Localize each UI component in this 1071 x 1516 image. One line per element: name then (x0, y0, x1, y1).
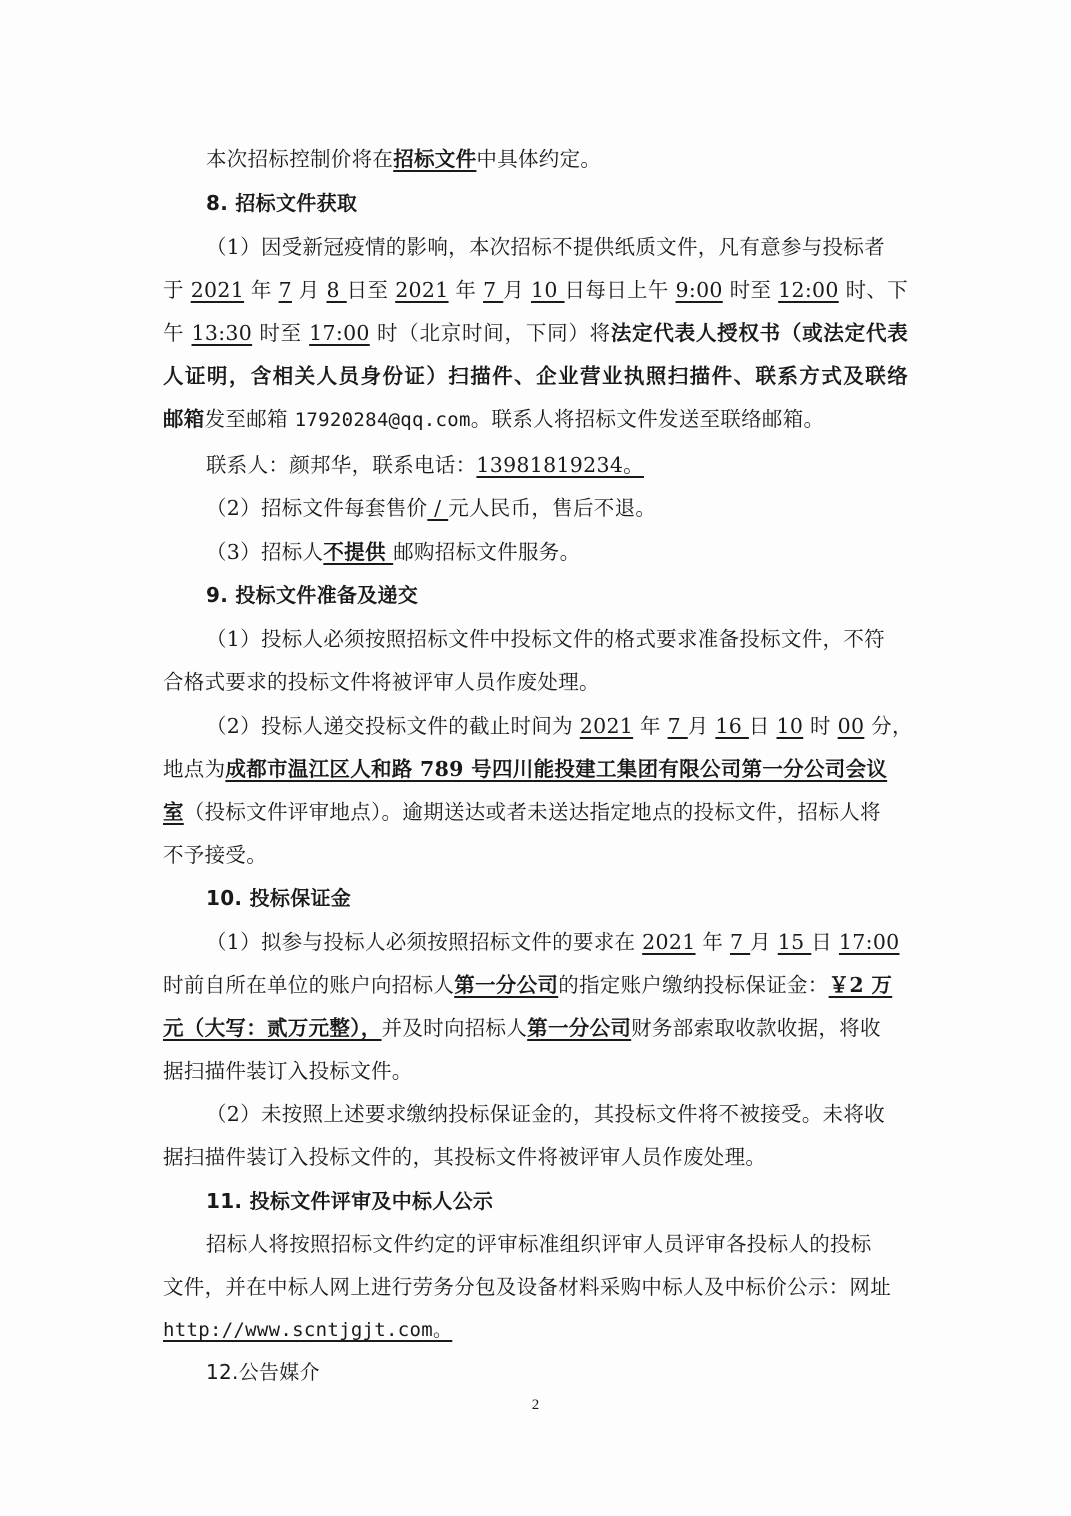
text: 发至邮箱 (205, 407, 295, 431)
text: 月 (750, 930, 778, 954)
text: 年 (244, 278, 279, 302)
section-8-p1-line4: 人证明，含相关人员身份证）扫描件、企业营业执照扫描件、联系方式及联络 (163, 361, 908, 391)
section-10-p1-line2: 时前自所在单位的账户向招标人第一分公司的指定账户缴纳投标保证金：￥2 万 (163, 970, 908, 1000)
deadline-minute: 00 (838, 714, 865, 738)
deadline-year: 2021 (580, 714, 633, 738)
section-9-heading: 9. 投标文件准备及递交 (206, 580, 951, 610)
section-12-heading: 12.公告媒介 (206, 1357, 951, 1387)
text: 时、下 (839, 278, 908, 302)
deposit-amount-words: 元（大写：贰万元整）， (163, 1016, 382, 1040)
required-docs-end: 邮箱 (163, 407, 205, 431)
text: 年 (696, 930, 730, 954)
text: 地点为 (163, 757, 225, 781)
text: 年 (633, 714, 667, 738)
section-9-p2-line3: 室（投标文件评审地点）。逾期送达或者未送达指定地点的投标文件，招标人将 (163, 797, 908, 827)
section-10-p1-line3: 元（大写：贰万元整），并及时向招标人第一分公司财务部索取收款收据，将收 (163, 1013, 908, 1043)
start-year: 2021 (191, 278, 244, 302)
section-10-p1-line4: 据扫描件装订入投标文件。 (163, 1056, 908, 1086)
deposit-year: 2021 (642, 930, 695, 954)
text: 邮购招标文件服务。 (393, 540, 580, 564)
section-11-p1-line2: 文件，并在中标人网上进行劳务分包及设备材料采购中标人及中标价公示：网址 (163, 1272, 908, 1302)
branch-company: 第一分公司 (454, 973, 558, 997)
section-8-p1-line2: 于 2021 年 7 月 8 日至 2021 年 7 月 10 日每日上午 9:… (163, 275, 908, 305)
section-9-p2-line4: 不予接受。 (163, 840, 908, 870)
section-8-p1-line1: （1）因受新冠疫情的影响，本次招标不提供纸质文件，凡有意参与投标者 (206, 232, 951, 262)
end-day: 10 (531, 278, 565, 302)
section-9-p2-line2: 地点为成都市温江区人和路 789 号四川能投建工集团有限公司第一分公司会议 (163, 754, 908, 784)
deadline-hour: 10 (777, 714, 804, 738)
text: （1）拟参与投标人必须按照招标文件的要求在 (206, 930, 642, 954)
text: （投标文件评审地点）。逾期送达或者未送达指定地点的投标文件，招标人将 (184, 800, 881, 824)
text: 并及时向招标人 (382, 1016, 528, 1040)
text: 元人民币，售后不退。 (448, 496, 656, 520)
document-price: / (427, 496, 448, 520)
text: 的指定账户缴纳投标保证金： (558, 973, 828, 997)
publication-url[interactable]: http://www.scntjgjt.com。 (163, 1319, 452, 1341)
section-11-p1-line3: http://www.scntjgjt.com。 (163, 1314, 908, 1345)
branch-company: 第一分公司 (527, 1016, 631, 1040)
section-11-heading: 11. 投标文件评审及中标人公示 (206, 1186, 951, 1216)
deposit-time: 17:00 (839, 930, 900, 954)
morning-end: 12:00 (778, 278, 839, 302)
section-10-heading: 10. 投标保证金 (206, 883, 951, 913)
tender-document-ref: 招标文件 (393, 147, 476, 171)
text: 年 (449, 278, 484, 302)
section-10-p1-line1: （1）拟参与投标人必须按照招标文件的要求在 2021 年 7 月 15 日 17… (206, 927, 908, 957)
morning-start: 9:00 (676, 278, 723, 302)
text: 时（北京时间，下同）将 (370, 321, 611, 345)
text: 月 (688, 714, 716, 738)
contact-phone: 13981819234。 (476, 453, 644, 477)
section-8-p1-line3: 午 13:30 时至 17:00 时（北京时间，下同）将法定代表人授权书（或法定… (163, 318, 908, 348)
section-9-p2-line1: （2）投标人递交投标文件的截止时间为 2021 年 7 月 16 日 10 时 … (206, 711, 908, 741)
text: 时 (803, 714, 837, 738)
start-month: 7 (279, 275, 292, 305)
text: 日 (749, 714, 777, 738)
section-9-p1-line1: （1）投标人必须按照招标文件中投标文件的格式要求准备投标文件，不符 (206, 624, 951, 654)
afternoon-start: 13:30 (192, 321, 253, 345)
deposit-amount: ￥2 万 (829, 973, 893, 997)
end-year: 2021 (395, 278, 448, 302)
text: 日至 (347, 278, 396, 302)
text: （2）招标文件每套售价 (206, 496, 427, 520)
text: 日每日上午 (565, 278, 676, 302)
submission-location-end: 室 (163, 800, 184, 824)
submission-location: 成都市温江区人和路 789 号四川能投建工集团有限公司第一分公司会议 (225, 757, 887, 781)
section-8-p1-line5: 邮箱发至邮箱 17920284@qq.com。联系人将招标文件发送至联络邮箱。 (163, 404, 908, 435)
email-address[interactable]: 17920284@qq.com (295, 409, 471, 431)
text: 分， (864, 714, 912, 738)
required-docs: 法定代表人授权书（或法定代表 (611, 321, 908, 345)
text: （3）招标人 (206, 540, 323, 564)
deposit-month: 7 (730, 930, 750, 954)
section-10-p2-line1: （2）未按照上述要求缴纳投标保证金的，其投标文件将不被接受。未将收 (206, 1099, 951, 1129)
text: 时至 (723, 278, 778, 302)
text: 日 (811, 930, 839, 954)
deadline-day: 16 (715, 714, 749, 738)
text: 午 (163, 321, 192, 345)
section-11-p1-line1: 招标人将按照招标文件约定的评审标准组织评审人员评审各投标人的投标 (206, 1229, 951, 1259)
text: 时前自所在单位的账户向招标人 (163, 973, 454, 997)
text: 月 (503, 278, 531, 302)
deposit-day: 15 (778, 930, 812, 954)
document-page: 本次招标控制价将在招标文件中具体约定。 8. 招标文件获取 （1）因受新冠疫情的… (0, 0, 1071, 1516)
afternoon-end: 17:00 (309, 321, 370, 345)
section-10-p2-line2: 据扫描件装订入投标文件的，其投标文件将被评审人员作废处理。 (163, 1142, 908, 1172)
text: 中具体约定。 (476, 147, 601, 171)
text: 于 (163, 278, 191, 302)
page-number: 2 (0, 1397, 1071, 1414)
start-day: 8 (326, 278, 346, 302)
section-9-p1-line2: 合格式要求的投标文件将被评审人员作废处理。 (163, 667, 908, 697)
intro-line: 本次招标控制价将在招标文件中具体约定。 (206, 144, 951, 174)
section-8-heading: 8. 招标文件获取 (206, 188, 951, 218)
deadline-month: 7 (668, 714, 688, 738)
text: 财务部索取收款收据，将收 (631, 1016, 881, 1040)
contact-line: 联系人：颜邦华，联系电话：13981819234。 (206, 450, 951, 480)
text: 。联系人将招标文件发送至联络邮箱。 (471, 407, 825, 431)
contact-label: 联系人：颜邦华，联系电话： (206, 453, 476, 477)
text: 时至 (252, 321, 309, 345)
section-8-p3: （3）招标人不提供 邮购招标文件服务。 (206, 537, 951, 567)
end-month: 7 (483, 278, 503, 302)
mail-service: 不提供 (323, 540, 393, 564)
section-8-p2: （2）招标文件每套售价 / 元人民币，售后不退。 (206, 493, 951, 523)
text: 本次招标控制价将在 (206, 147, 393, 171)
text: （2）投标人递交投标文件的截止时间为 (206, 714, 580, 738)
text: 月 (292, 278, 327, 302)
